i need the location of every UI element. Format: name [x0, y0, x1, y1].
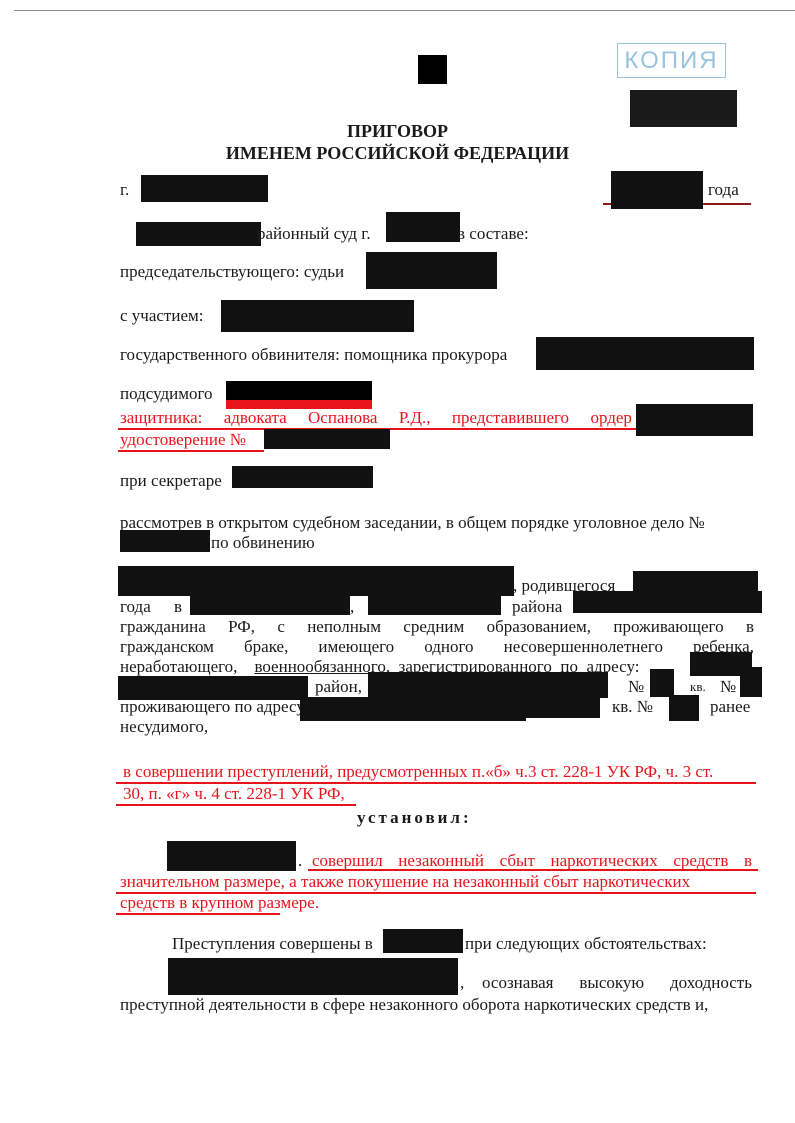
redaction-participant	[221, 300, 414, 332]
word: доходность	[670, 973, 752, 993]
realizing-line: осознавая высокую доходность	[482, 973, 752, 993]
redaction-secretary	[232, 466, 373, 488]
charges-line1: в совершении преступлений, предусмотренн…	[123, 762, 713, 782]
word: РФ,	[228, 617, 255, 637]
house-no: №	[628, 677, 644, 697]
crime-line1: совершил незаконный сбыт наркотических с…	[312, 851, 752, 871]
redaction-order	[636, 404, 753, 436]
crime-underline1	[308, 869, 758, 871]
certificate-underline	[118, 450, 264, 452]
redaction-defendant	[226, 381, 372, 401]
court-line: районный суд г.	[257, 224, 371, 244]
word: гражданском	[120, 637, 214, 657]
word: незаконный	[398, 851, 484, 871]
redaction-period	[168, 958, 458, 995]
word: одного	[424, 637, 473, 657]
word: браке,	[244, 637, 288, 657]
redaction-birthplace2	[368, 593, 501, 615]
last-line: преступной деятельности в сфере незаконн…	[120, 995, 708, 1015]
comma: ,	[350, 597, 354, 617]
previously: ранее	[710, 697, 750, 717]
redaction-case-no	[120, 530, 210, 552]
apt-no2: кв. №	[612, 697, 653, 717]
participation-label: с участием:	[120, 306, 204, 326]
crime-line3: средств в крупном размере.	[120, 893, 319, 913]
word: защитника:	[120, 408, 202, 428]
not-convicted: несудимого,	[120, 717, 208, 737]
charges-line2: 30, п. «г» ч. 4 ст. 228-1 УК РФ,	[123, 784, 345, 804]
district-word: района	[512, 597, 562, 617]
established-heading: установил:	[357, 808, 472, 828]
charges-underline2	[116, 804, 356, 806]
redaction-court	[136, 222, 261, 246]
redaction-block	[418, 55, 447, 84]
word: в	[746, 617, 754, 637]
certificate-label: удостоверение №	[120, 430, 246, 450]
prosecutor-label: государственного обвинителя: помощника п…	[120, 345, 507, 365]
word: в	[744, 851, 752, 871]
redaction-house	[650, 669, 674, 697]
defendant-label: подсудимого	[120, 384, 213, 404]
word: несовершеннолетнего	[504, 637, 663, 657]
period: .	[298, 851, 302, 871]
redaction-apt	[740, 667, 762, 697]
word: осознавая	[482, 973, 554, 993]
district-comma: район,	[315, 677, 362, 697]
marriage-line: гражданском браке, имеющего одного несов…	[120, 637, 754, 657]
word: адвоката	[224, 408, 287, 428]
word: проживающего	[613, 617, 723, 637]
word: сбыт	[500, 851, 535, 871]
word: неполным	[307, 617, 381, 637]
accusation-text: по обвинению	[211, 533, 315, 553]
word: гражданина	[120, 617, 206, 637]
word: имеющего	[318, 637, 394, 657]
circumstances-b: при следующих обстоятельствах:	[465, 934, 707, 954]
apt-label: кв.	[690, 677, 706, 697]
word: представившего	[452, 408, 569, 428]
secretary-label: при секретаре	[120, 471, 222, 491]
word: высокую	[579, 973, 644, 993]
apt-no-sign: №	[720, 677, 736, 697]
word: средств	[673, 851, 728, 871]
redaction-court-city	[386, 212, 460, 242]
city-label: г.	[120, 180, 129, 200]
word: средним	[403, 617, 464, 637]
defender-line: защитника: адвоката Оспанова Р.Д., предс…	[120, 408, 632, 428]
redaction-birthplace	[190, 593, 350, 615]
redaction-residence	[300, 697, 526, 721]
word: неработающего,	[120, 657, 237, 676]
word: Оспанова	[308, 408, 377, 428]
page-top-edge	[14, 10, 795, 11]
redaction-prosecutor	[536, 337, 754, 370]
redaction-certificate	[264, 429, 390, 449]
word: образованием,	[487, 617, 591, 637]
citizen-line: гражданина РФ, с неполным средним образо…	[120, 617, 754, 637]
presiding-label: председательствующего: судьи	[120, 262, 344, 282]
court-line-end: в составе:	[457, 224, 529, 244]
word: в	[174, 597, 182, 617]
document-subtitle: ИМЕНЕМ РОССИЙСКОЙ ФЕДЕРАЦИИ	[0, 143, 795, 164]
redaction-district	[573, 591, 762, 613]
word: Р.Д.,	[399, 408, 431, 428]
word: года	[120, 597, 151, 617]
redaction-place	[383, 929, 463, 953]
circumstances-a: Преступления совершены в	[172, 934, 373, 954]
word: ордер	[590, 408, 631, 428]
year-in: года в	[120, 597, 182, 617]
redaction-judge	[366, 252, 497, 289]
redaction-residence2	[526, 692, 600, 718]
date-suffix: года	[708, 180, 739, 200]
word: совершил	[312, 851, 383, 871]
redaction-date	[611, 171, 703, 209]
residing-label: проживающего по адресу:	[120, 697, 309, 717]
redaction-city	[141, 175, 268, 202]
word: с	[277, 617, 285, 637]
redaction-defendant-name	[118, 566, 514, 596]
copy-stamp: КОПИЯ	[617, 43, 726, 78]
comma2: ,	[460, 973, 464, 993]
word: наркотических	[550, 851, 657, 871]
redaction-apt2	[669, 695, 699, 721]
document-title: ПРИГОВОР	[0, 121, 795, 142]
crime-line2: значительном размере, а также покушение …	[120, 872, 690, 892]
redaction-defendant-name2	[167, 841, 296, 871]
crime-underline3	[116, 913, 280, 915]
redaction-birthdate	[633, 571, 758, 593]
